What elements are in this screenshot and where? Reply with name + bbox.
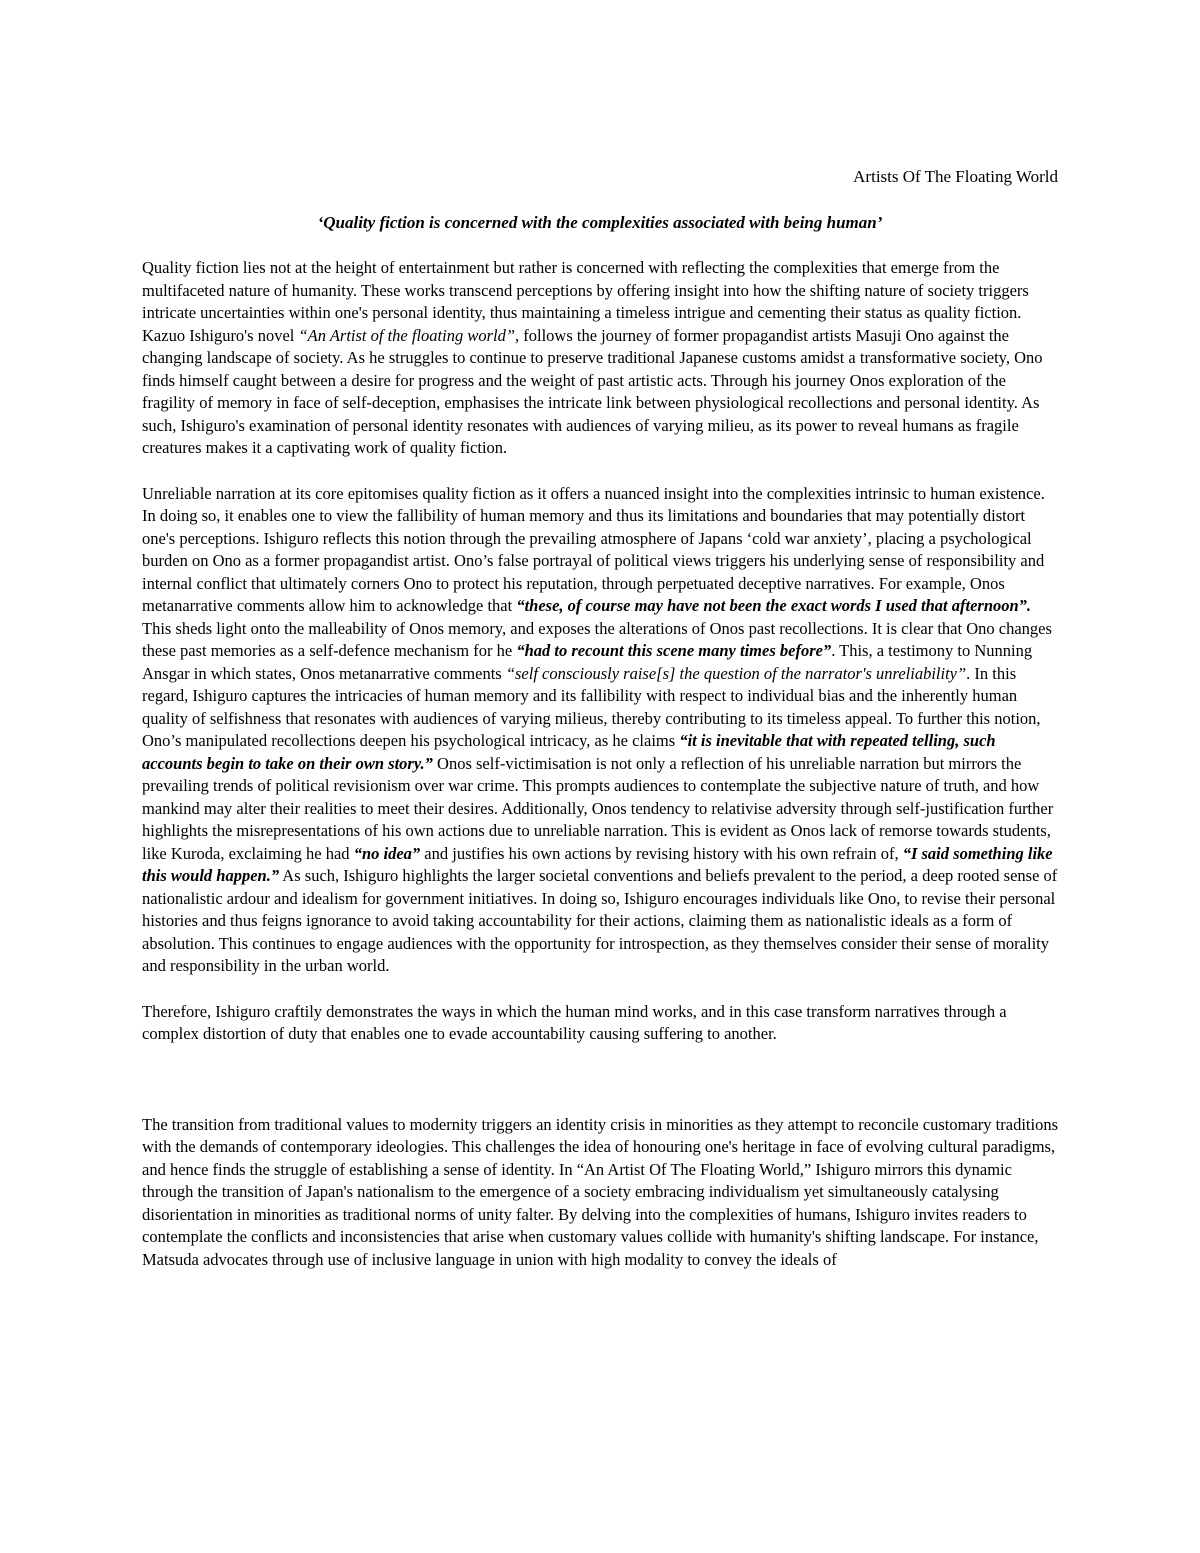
- essay-paragraph: Therefore, Ishiguro craftily demonstrate…: [142, 1001, 1058, 1046]
- paragraph-spacer: [142, 1046, 1058, 1091]
- text-run: and justifies his own actions by revisin…: [420, 844, 903, 863]
- text-run: Therefore, Ishiguro craftily demonstrate…: [142, 1002, 1007, 1044]
- text-run: “no idea”: [354, 844, 420, 863]
- text-run: “had to recount this scene many times be…: [516, 641, 831, 660]
- text-run: “these, of course may have not been the …: [516, 596, 1031, 615]
- text-run: The transition from traditional values t…: [142, 1115, 1058, 1269]
- essay-paragraph: The transition from traditional values t…: [142, 1114, 1058, 1272]
- essay-paragraph: Unreliable narration at its core epitomi…: [142, 483, 1058, 978]
- text-run: “self consciously raise[s] the question …: [506, 664, 966, 683]
- document-page: Artists Of The Floating World ‘Quality f…: [0, 0, 1200, 1553]
- document-header: Artists Of The Floating World: [142, 166, 1058, 189]
- text-run: As such, Ishiguro highlights the larger …: [142, 866, 1057, 975]
- document-body: Quality fiction lies not at the height o…: [142, 257, 1058, 1271]
- essay-title: ‘Quality fiction is concerned with the c…: [142, 212, 1058, 235]
- text-run: follows the journey of former propagandi…: [142, 326, 1043, 458]
- essay-paragraph: Quality fiction lies not at the height o…: [142, 257, 1058, 460]
- text-run: “An Artist of the floating world”,: [298, 326, 519, 345]
